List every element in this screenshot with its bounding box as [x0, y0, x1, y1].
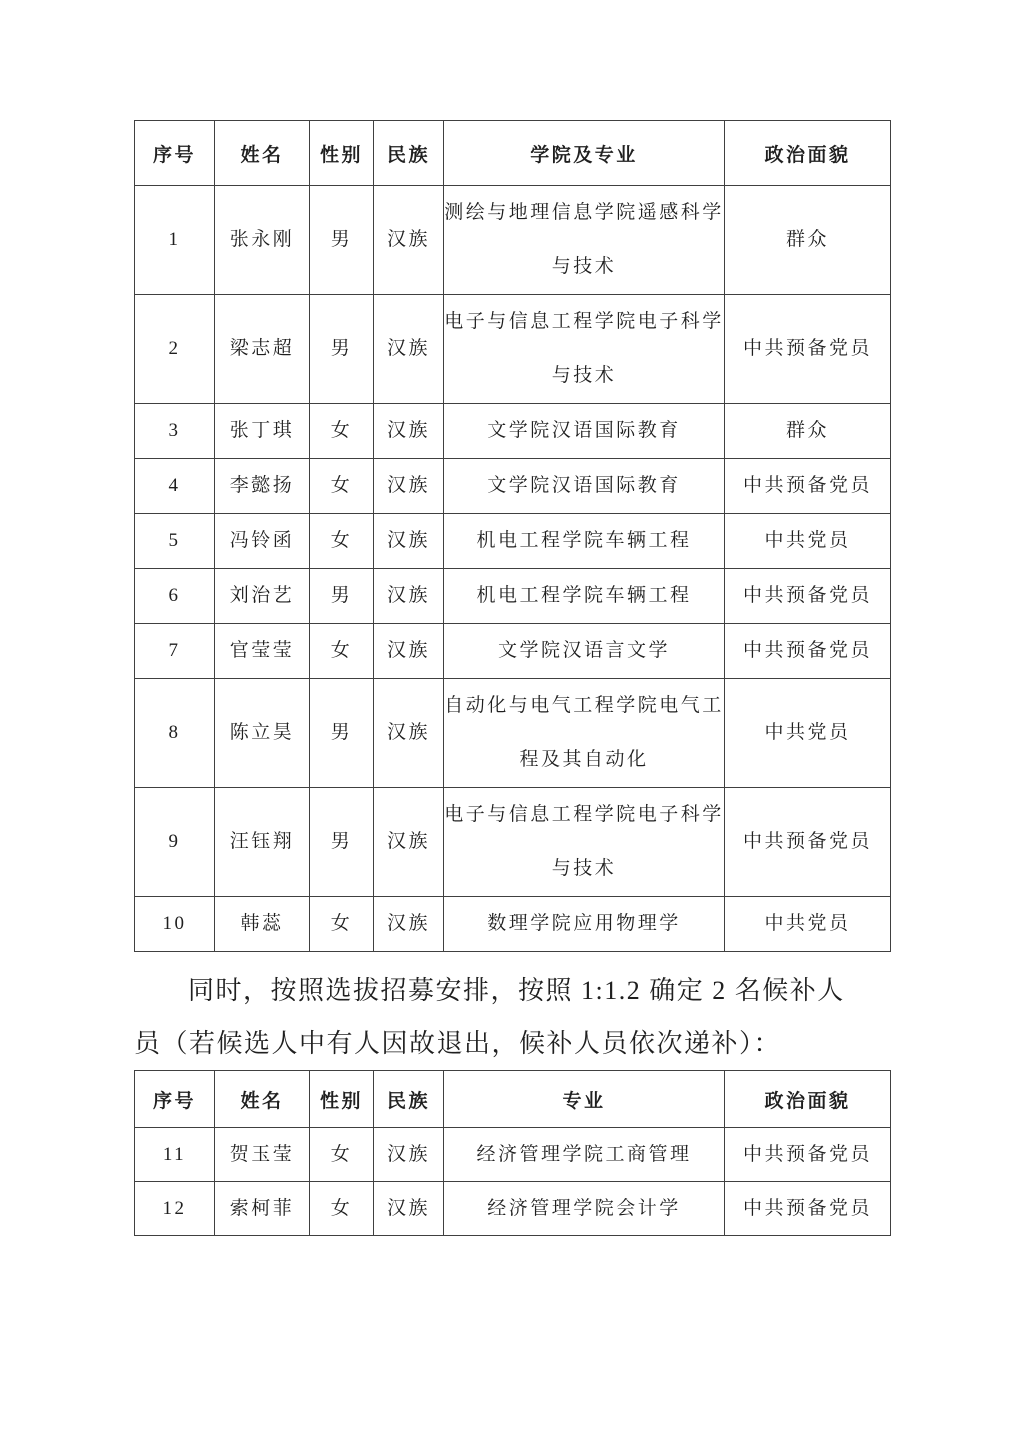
candidate-row: 12 索柯菲 女 汉族 经济管理学院会计学 中共预备党员 — [135, 1182, 891, 1236]
cell-college-major: 机电工程学院车辆工程 — [444, 514, 725, 569]
cell-name: 官莹莹 — [215, 624, 310, 679]
alternate-candidates-table: 序号 姓名 性别 民族 专业 政治面貌 11 贺玉莹 女 汉族 经济管理学院工商 — [134, 1070, 891, 1236]
cell-political-status: 中共预备党员 — [725, 295, 891, 404]
cell-ethnicity: 汉族 — [374, 459, 444, 514]
cell-college-major: 文学院汉语国际教育 — [444, 404, 725, 459]
cell-gender: 女 — [310, 897, 374, 952]
cell-name: 索柯菲 — [215, 1182, 310, 1236]
document-page: 序号 姓名 性别 民族 学院及专业 政治面貌 1 张永刚 男 汉族 测绘与地理信 — [0, 0, 1024, 1448]
header-ethnicity: 民族 — [374, 1071, 444, 1128]
header-gender: 性别 — [310, 121, 374, 186]
cell-name: 刘治艺 — [215, 569, 310, 624]
cell-ethnicity: 汉族 — [374, 295, 444, 404]
candidate-row: 1 张永刚 男 汉族 测绘与地理信息学院遥感科学与技术 群众 — [135, 186, 891, 295]
candidate-row: 2 梁志超 男 汉族 电子与信息工程学院电子科学与技术 中共预备党员 — [135, 295, 891, 404]
cell-gender: 男 — [310, 186, 374, 295]
cell-political-status: 中共预备党员 — [725, 624, 891, 679]
cell-college-major: 文学院汉语言文学 — [444, 624, 725, 679]
cell-college-major: 文学院汉语国际教育 — [444, 459, 725, 514]
header-gender: 性别 — [310, 1071, 374, 1128]
cell-college-major: 电子与信息工程学院电子科学与技术 — [444, 295, 725, 404]
cell-political-status: 中共预备党员 — [725, 459, 891, 514]
cell-name: 李懿扬 — [215, 459, 310, 514]
candidate-row: 10 韩蕊 女 汉族 数理学院应用物理学 中共党员 — [135, 897, 891, 952]
cell-major: 经济管理学院工商管理 — [444, 1128, 725, 1182]
candidate-row: 8 陈立昊 男 汉族 自动化与电气工程学院电气工程及其自动化 中共党员 — [135, 679, 891, 788]
candidate-row: 7 官莹莹 女 汉族 文学院汉语言文学 中共预备党员 — [135, 624, 891, 679]
cell-political-status: 中共预备党员 — [725, 1182, 891, 1236]
cell-serial-number: 5 — [135, 514, 215, 569]
header-serial-number: 序号 — [135, 121, 215, 186]
cell-college-major: 自动化与电气工程学院电气工程及其自动化 — [444, 679, 725, 788]
cell-gender: 女 — [310, 1182, 374, 1236]
cell-ethnicity: 汉族 — [374, 897, 444, 952]
cell-college-major: 电子与信息工程学院电子科学与技术 — [444, 788, 725, 897]
cell-serial-number: 3 — [135, 404, 215, 459]
candidate-row: 11 贺玉莹 女 汉族 经济管理学院工商管理 中共预备党员 — [135, 1128, 891, 1182]
note-line-2: 员（若候选人中有人因故退出，候补人员依次递补）： — [134, 1017, 890, 1070]
header-serial-number: 序号 — [135, 1071, 215, 1128]
cell-gender: 女 — [310, 624, 374, 679]
cell-name: 汪钰翔 — [215, 788, 310, 897]
cell-gender: 女 — [310, 404, 374, 459]
table-header-row: 序号 姓名 性别 民族 专业 政治面貌 — [135, 1071, 891, 1128]
selected-candidates-table: 序号 姓名 性别 民族 学院及专业 政治面貌 1 张永刚 男 汉族 测绘与地理信 — [134, 120, 891, 952]
header-political-status: 政治面貌 — [725, 1071, 891, 1128]
cell-ethnicity: 汉族 — [374, 788, 444, 897]
cell-serial-number: 7 — [135, 624, 215, 679]
cell-ethnicity: 汉族 — [374, 186, 444, 295]
header-major: 专业 — [444, 1071, 725, 1128]
candidate-row: 6 刘治艺 男 汉族 机电工程学院车辆工程 中共预备党员 — [135, 569, 891, 624]
cell-political-status: 中共预备党员 — [725, 788, 891, 897]
cell-name: 梁志超 — [215, 295, 310, 404]
cell-gender: 女 — [310, 514, 374, 569]
cell-serial-number: 8 — [135, 679, 215, 788]
cell-political-status: 群众 — [725, 186, 891, 295]
cell-political-status: 群众 — [725, 404, 891, 459]
cell-serial-number: 4 — [135, 459, 215, 514]
cell-ethnicity: 汉族 — [374, 1182, 444, 1236]
cell-major: 经济管理学院会计学 — [444, 1182, 725, 1236]
cell-ethnicity: 汉族 — [374, 514, 444, 569]
cell-serial-number: 2 — [135, 295, 215, 404]
cell-name: 冯铃函 — [215, 514, 310, 569]
cell-name: 张永刚 — [215, 186, 310, 295]
candidate-row: 4 李懿扬 女 汉族 文学院汉语国际教育 中共预备党员 — [135, 459, 891, 514]
cell-name: 韩蕊 — [215, 897, 310, 952]
cell-political-status: 中共预备党员 — [725, 569, 891, 624]
document-content: 序号 姓名 性别 民族 学院及专业 政治面貌 1 张永刚 男 汉族 测绘与地理信 — [134, 120, 890, 1236]
cell-ethnicity: 汉族 — [374, 569, 444, 624]
cell-serial-number: 9 — [135, 788, 215, 897]
cell-college-major: 测绘与地理信息学院遥感科学与技术 — [444, 186, 725, 295]
cell-gender: 男 — [310, 569, 374, 624]
cell-serial-number: 10 — [135, 897, 215, 952]
cell-political-status: 中共党员 — [725, 897, 891, 952]
cell-ethnicity: 汉族 — [374, 624, 444, 679]
cell-serial-number: 6 — [135, 569, 215, 624]
header-political-status: 政治面貌 — [725, 121, 891, 186]
header-ethnicity: 民族 — [374, 121, 444, 186]
cell-ethnicity: 汉族 — [374, 404, 444, 459]
cell-serial-number: 1 — [135, 186, 215, 295]
cell-serial-number: 12 — [135, 1182, 215, 1236]
cell-name: 陈立昊 — [215, 679, 310, 788]
candidate-row: 3 张丁琪 女 汉族 文学院汉语国际教育 群众 — [135, 404, 891, 459]
cell-political-status: 中共党员 — [725, 679, 891, 788]
cell-college-major: 数理学院应用物理学 — [444, 897, 725, 952]
cell-serial-number: 11 — [135, 1128, 215, 1182]
cell-college-major: 机电工程学院车辆工程 — [444, 569, 725, 624]
cell-gender: 男 — [310, 295, 374, 404]
alternate-candidates-note: 同时，按照选拔招募安排，按照 1:1.2 确定 2 名候补人 员（若候选人中有人… — [134, 964, 890, 1070]
header-college-major: 学院及专业 — [444, 121, 725, 186]
header-name: 姓名 — [215, 121, 310, 186]
candidate-row: 5 冯铃函 女 汉族 机电工程学院车辆工程 中共党员 — [135, 514, 891, 569]
cell-ethnicity: 汉族 — [374, 1128, 444, 1182]
cell-political-status: 中共党员 — [725, 514, 891, 569]
cell-name: 张丁琪 — [215, 404, 310, 459]
candidate-row: 9 汪钰翔 男 汉族 电子与信息工程学院电子科学与技术 中共预备党员 — [135, 788, 891, 897]
cell-gender: 女 — [310, 1128, 374, 1182]
cell-political-status: 中共预备党员 — [725, 1128, 891, 1182]
note-line-1: 同时，按照选拔招募安排，按照 1:1.2 确定 2 名候补人 — [134, 964, 890, 1017]
cell-gender: 女 — [310, 459, 374, 514]
cell-name: 贺玉莹 — [215, 1128, 310, 1182]
cell-gender: 男 — [310, 788, 374, 897]
header-name: 姓名 — [215, 1071, 310, 1128]
cell-ethnicity: 汉族 — [374, 679, 444, 788]
cell-gender: 男 — [310, 679, 374, 788]
table-header-row: 序号 姓名 性别 民族 学院及专业 政治面貌 — [135, 121, 891, 186]
